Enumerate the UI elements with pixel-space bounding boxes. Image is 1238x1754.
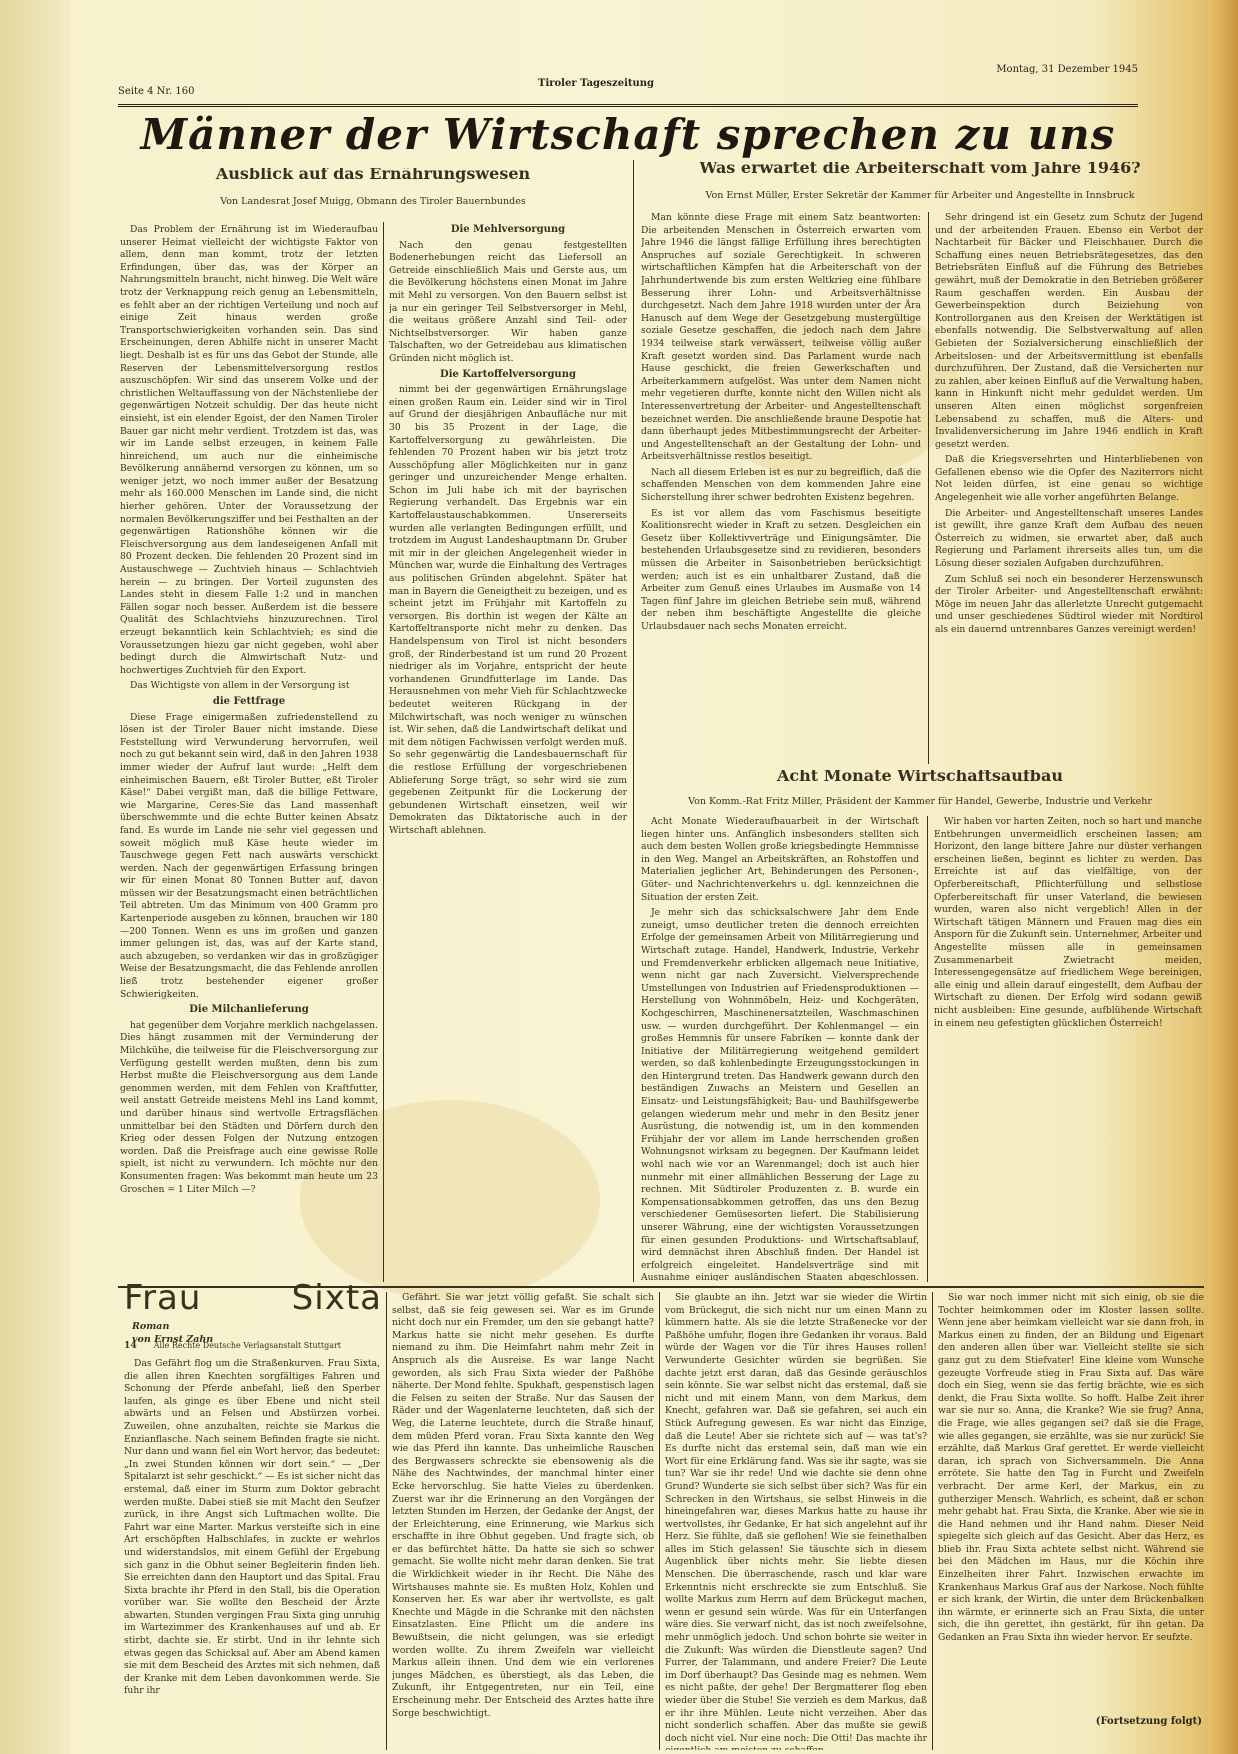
column-divider [383, 222, 384, 1282]
paragraph: Man könnte diese Frage mit einem Satz be… [641, 212, 921, 464]
article-1-column-2: Die Mehlversorgung Nach den genau festge… [389, 224, 627, 1280]
paragraph: Sehr dringend ist ein Gesetz zum Schutz … [935, 212, 1203, 451]
column-divider [386, 1292, 387, 1750]
novel-masthead: Frau Sixta Roman von Ernst Zahn [124, 1292, 382, 1342]
paragraph: Es ist vor allem das vom Faschismus bese… [641, 508, 921, 634]
paragraph: Acht Monate Wiederaufbauarbeit in der Wi… [641, 816, 919, 904]
paragraph: Zum Schluß sei noch ein besonderer Herze… [935, 574, 1203, 637]
main-headline: Männer der Wirtschaft sprechen zu uns [118, 110, 1138, 159]
article-1-byline-box: Von Landesrat Josef Muigg, Obmann des Ti… [118, 196, 628, 212]
column-divider [932, 1292, 933, 1750]
paragraph: Nach den genau festgestellten Bodenerheb… [389, 240, 627, 366]
article-2-column-1: Man könnte diese Frage mit einem Satz be… [641, 212, 921, 762]
paragraph: Nach all diesem Erleben ist es nur zu be… [641, 467, 921, 505]
section-heading: Die Kartoffelversorgung [389, 369, 627, 382]
paragraph: Das Problem der Ernährung ist im Wiedera… [120, 224, 378, 677]
paragraph: Das Gefährt flog um die Straßenkurven. F… [124, 1358, 380, 1698]
page-header: Seite 4 Nr. 160 Tiroler Tageszeitung Mon… [118, 78, 1138, 100]
article-3-column-2: Wir haben vor harten Zeiten, noch so har… [934, 816, 1202, 1281]
paragraph: Je mehr sich das schicksalschwere Jahr d… [641, 907, 919, 1281]
paragraph: Daß die Kriegsversehrten und Hinterblieb… [935, 454, 1203, 504]
header-rule [118, 104, 1138, 109]
paragraph: Die Arbeiter- und Angestelltenschaft uns… [935, 508, 1203, 571]
article-3-byline: Von Komm.-Rat Fritz Miller, Präsident de… [640, 796, 1200, 809]
article-2-title: Was erwartet die Arbeiterschaft vom Jahr… [640, 162, 1200, 175]
article-2-byline: Von Ernst Müller, Erster Sekretär der Ka… [640, 190, 1200, 203]
novel-column-4: Sie war noch immer nicht mit sich einig,… [938, 1292, 1204, 1712]
article-1-column-1: Das Problem der Ernährung ist im Wiedera… [120, 224, 378, 1280]
paragraph: hat gegenüber dem Vorjahre merklich nach… [120, 1020, 378, 1196]
section-heading: Die Milchanlieferung [120, 1004, 378, 1017]
article-2-column-2: Sehr dringend ist ein Gesetz zum Schutz … [935, 212, 1203, 762]
newspaper-name: Tiroler Tageszeitung [538, 78, 654, 89]
novel-column-2: Gefährt. Sie war jetzt völlig gefaßt. Si… [392, 1292, 654, 1750]
paragraph: Das Wichtigste von allem in der Versorgu… [120, 680, 378, 693]
rights-notice: Alle Rechte Deutsche Verlagsanstalt Stut… [154, 1341, 341, 1350]
section-heading: Die Mehlversorgung [389, 224, 627, 237]
column-divider [928, 212, 929, 764]
novel-title: Frau Sixta [124, 1278, 382, 1318]
article-1-byline: Von Landesrat Josef Muigg, Obmann des Ti… [118, 196, 628, 209]
page-number: Seite 4 Nr. 160 [118, 86, 195, 97]
article-2-header: Was erwartet die Arbeiterschaft vom Jahr… [640, 162, 1200, 188]
column-divider [633, 160, 634, 1282]
article-3-header: Acht Monate Wirtschaftsaufbau [640, 770, 1200, 798]
article-1-header: Ausblick auf das Ernährungswesen [118, 168, 628, 198]
page-binding-margin [0, 0, 70, 1754]
novel-column-3: Sie glaubte an ihn. Jetzt war sie wieder… [665, 1292, 927, 1750]
section-heading: die Fettfrage [120, 696, 378, 709]
continuation-note: (Fortsetzung folgt) [1096, 1716, 1202, 1727]
paragraph: Gefährt. Sie war jetzt völlig gefaßt. Si… [392, 1292, 654, 1720]
issue-date: Montag, 31 Dezember 1945 [996, 64, 1138, 75]
column-divider [927, 816, 928, 1282]
paragraph: Sie war noch immer nicht mit sich einig,… [938, 1292, 1204, 1645]
novel-installment-row: 14 Alle Rechte Deutsche Verlagsanstalt S… [124, 1340, 382, 1354]
installment-number: 14 [124, 1340, 137, 1351]
paragraph: Wir haben vor harten Zeiten, noch so har… [934, 816, 1202, 1030]
novel-genre: Roman [132, 1321, 169, 1332]
article-3-byline-box: Von Komm.-Rat Fritz Miller, Präsident de… [640, 796, 1200, 812]
novel-column-1: Das Gefährt flog um die Straßenkurven. F… [124, 1358, 380, 1748]
paragraph: Diese Frage einigermaßen zufriedenstelle… [120, 712, 378, 1002]
paragraph: Sie glaubte an ihn. Jetzt war sie wieder… [665, 1292, 927, 1750]
article-2-byline-box: Von Ernst Müller, Erster Sekretär der Ka… [640, 190, 1200, 206]
page-edge [1208, 0, 1238, 1754]
paragraph: nimmt bei der gegenwärtigen Ernährungsla… [389, 384, 627, 837]
article-3-column-1: Acht Monate Wiederaufbauarbeit in der Wi… [641, 816, 919, 1281]
column-divider [659, 1292, 660, 1750]
article-3-title: Acht Monate Wirtschaftsaufbau [640, 770, 1200, 783]
article-1-title: Ausblick auf das Ernährungswesen [118, 168, 628, 181]
